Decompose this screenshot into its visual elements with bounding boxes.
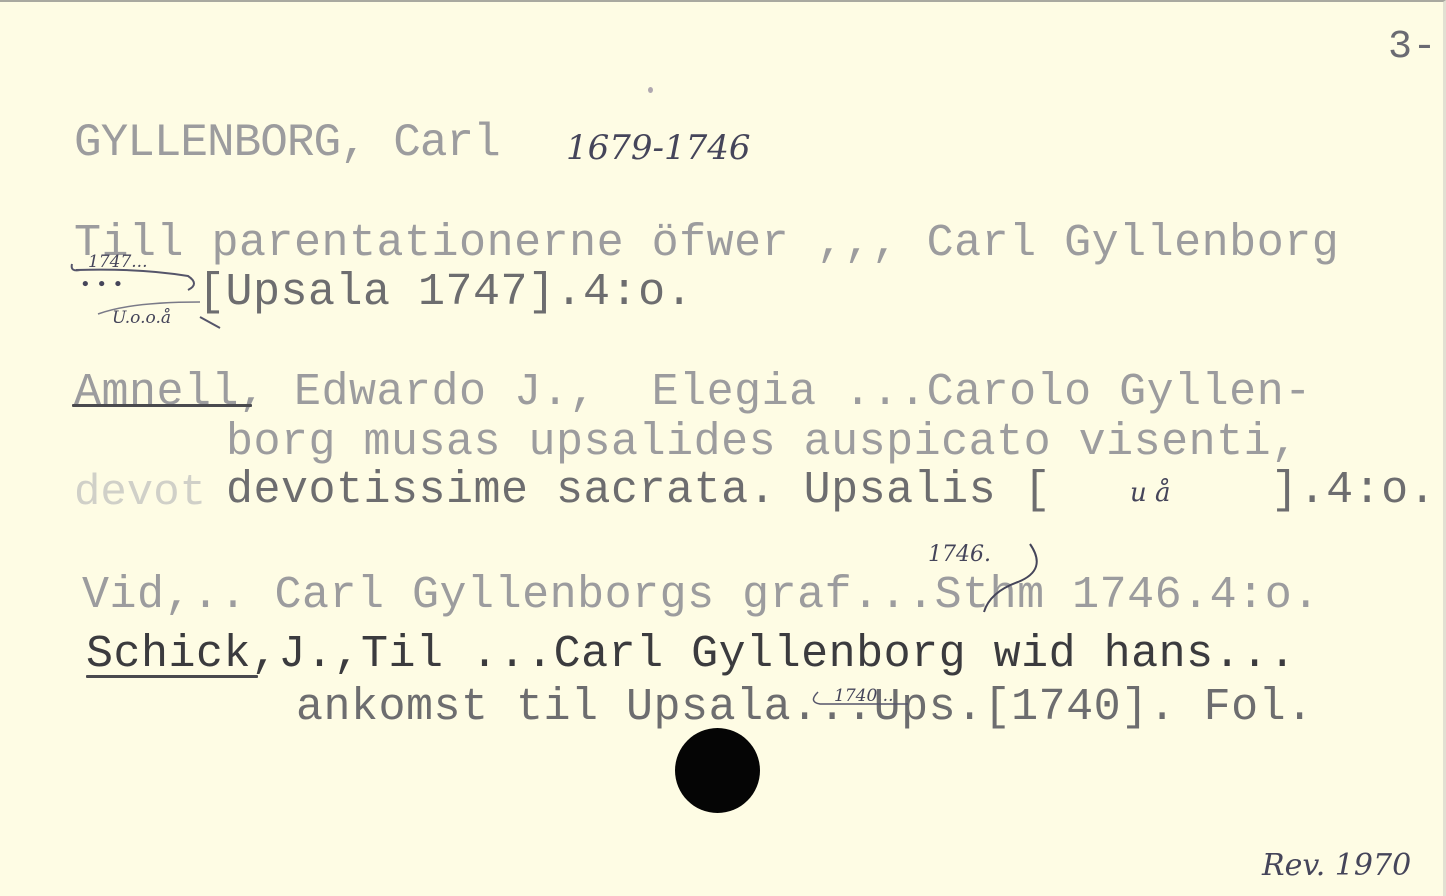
entry-1-margin-note-bottom: U.o.o.å	[112, 308, 171, 328]
revision-note: Rev. 1970	[1262, 848, 1411, 883]
entry-1-line-2: [Upsala 1747].4:o.	[198, 270, 693, 315]
entry-1-margin-dots: • • •	[80, 274, 123, 295]
entry-4-line-2: ankomst til Upsala...Ups.[1740]. Fol.	[296, 685, 1314, 730]
author-underline-schick	[86, 675, 258, 678]
heading-name: GYLLENBORG, Carl	[74, 120, 500, 166]
entry-2-bracket-note: u å	[1130, 478, 1171, 508]
entry-2-ghost-text: devot	[74, 468, 206, 518]
entry-2-line-1: Amnell, Edwardo J., Elegia ...Carolo Gyl…	[74, 370, 1312, 415]
entry-2-line-3: devotissime sacrata. Upsalis [ ].4:o.	[226, 468, 1436, 513]
entry-4-line-1: Schick,J.,Til ...Carl Gyllenborg wid han…	[86, 632, 1296, 677]
entry-1-line-1: Till parentationerne öfwer ,,, Carl Gyll…	[74, 221, 1339, 266]
punch-hole	[675, 728, 760, 813]
catalog-card: 3- GYLLENBORG, Carl 1679-1746 Till paren…	[0, 0, 1446, 896]
entry-3-line-1: Vid,.. Carl Gyllenborgs graf...Sthm 1746…	[82, 573, 1320, 618]
sequence-mark: 3-	[1388, 28, 1437, 68]
entry-1-margin-note-top: 1747...	[88, 252, 147, 272]
ink-speck	[648, 87, 653, 93]
heading-dates: 1679-1746	[566, 128, 751, 168]
author-underline-amnell	[72, 404, 252, 407]
entry-3-above-note: 1746.	[928, 542, 991, 567]
entry-2-line-2: borg musas upsalides auspicato visenti,	[226, 420, 1299, 465]
